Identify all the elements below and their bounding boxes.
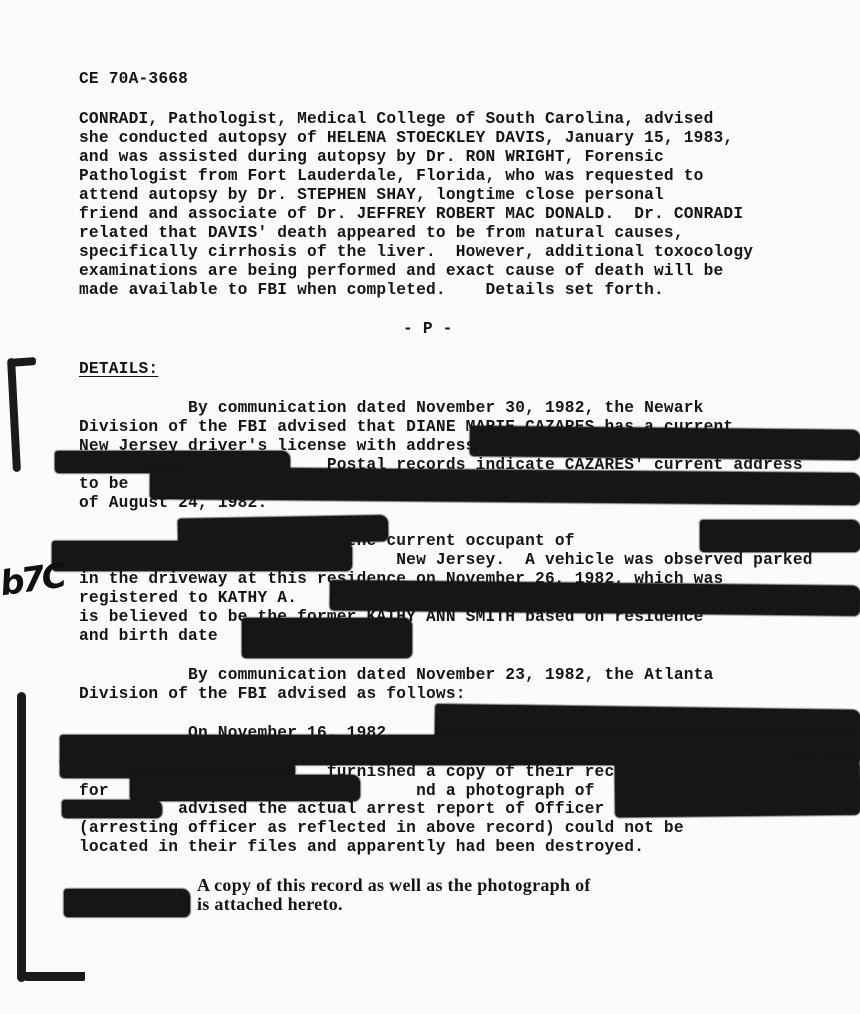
text-line: examinations are being performed and exa…	[79, 262, 723, 281]
text-line: to be	[79, 475, 129, 494]
redaction-block	[130, 775, 360, 801]
text-line: friend and associate of Dr. JEFFREY ROBE…	[79, 205, 743, 224]
file-number: CE 70A-3668	[79, 70, 188, 89]
redaction-block	[470, 426, 860, 460]
redaction-block	[52, 541, 352, 571]
redaction-block	[330, 580, 860, 616]
text-line: By communication dated November 30, 1982…	[79, 399, 704, 418]
text-line: is attached hereto.	[197, 895, 343, 914]
section-marker: - P -	[403, 320, 453, 339]
redaction-block	[615, 759, 860, 818]
redaction-block	[242, 618, 412, 658]
text-line: specifically cirrhosis of the liver. How…	[79, 243, 753, 262]
text-line: attend autopsy by Dr. STEPHEN SHAY, long…	[79, 186, 664, 205]
details-heading: DETAILS:	[79, 360, 158, 379]
text-line: A copy of this record as well as the pho…	[197, 876, 591, 895]
text-line: located in their files and apparently ha…	[79, 838, 644, 857]
redaction-block	[64, 889, 190, 917]
text-line: Pathologist from Fort Lauderdale, Florid…	[79, 167, 704, 186]
text-line: By communication dated November 23, 1982…	[79, 666, 714, 685]
text-line: (arresting officer as reflected in above…	[79, 819, 684, 838]
text-line: she conducted autopsy of HELENA STOECKLE…	[79, 129, 733, 148]
text-line: and birth date	[79, 627, 218, 646]
text-line: Division of the FBI advised as follows:	[79, 685, 466, 704]
text-line: made available to FBI when completed. De…	[79, 281, 664, 300]
redaction-block	[62, 800, 162, 818]
redaction-block	[150, 467, 860, 505]
text-line: CONRADI, Pathologist, Medical College of…	[79, 110, 714, 129]
text-line: registered to KATHY A.	[79, 589, 297, 608]
text-line: related that DAVIS' death appeared to be…	[79, 224, 684, 243]
document-page: CE 70A-3668 CONRADI, Pathologist, Medica…	[0, 0, 860, 1014]
margin-note-b7c: b7C	[0, 556, 66, 605]
text-line: and was assisted during autopsy by Dr. R…	[79, 148, 664, 167]
redaction-block	[700, 520, 860, 552]
